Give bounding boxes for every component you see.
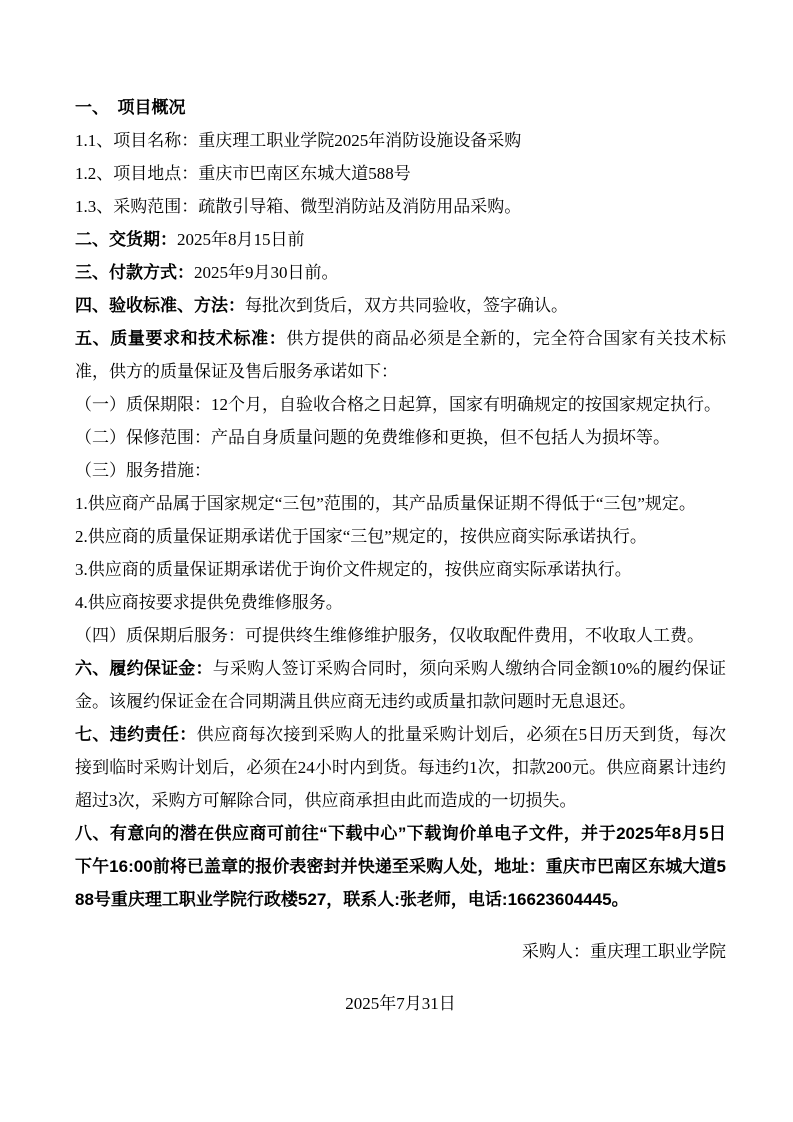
document-date: 2025年7月31日: [75, 987, 726, 1020]
section-6-performance-bond: 六、履约保证金：与采购人签订采购合同时，须向采购人缴纳合同金额10%的履约保证金…: [75, 652, 726, 718]
service-measure-2: 2.供应商的质量保证期承诺优于国家“三包”规定的，按供应商实际承诺执行。: [75, 520, 726, 553]
item-1-1-project-name: 1.1、项目名称：重庆理工职业学院2025年消防设施设备采购: [75, 124, 726, 157]
clause-warranty-scope: （二）保修范围：产品自身质量问题的免费维修和更换，但不包括人为损坏等。: [75, 421, 726, 454]
section-3-payment-method: 三、付款方式：2025年9月30日前。: [75, 256, 726, 289]
service-measure-1: 1.供应商产品属于国家规定“三包”范围的，其产品质量保证期不得低于“三包”规定。: [75, 487, 726, 520]
item-1-3-procurement-scope: 1.3、采购范围：疏散引导箱、微型消防站及消防用品采购。: [75, 190, 726, 223]
clause-service-measures: （三）服务措施：: [75, 454, 726, 487]
section-4-acceptance-standard: 四、验收标准、方法：每批次到货后，双方共同验收，签字确认。: [75, 289, 726, 322]
section-1-heading: 一、 项目概况: [75, 91, 726, 124]
purchaser-signature: 采购人：重庆理工职业学院: [75, 935, 726, 968]
section-8-submission-instructions: 八、有意向的潜在供应商可前往“下载中心”下载询价单电子文件，并于2025年8月5…: [75, 817, 726, 916]
document-page: 一、 项目概况 1.1、项目名称：重庆理工职业学院2025年消防设施设备采购 1…: [0, 0, 793, 1122]
clause-warranty-period: （一）质保期限：12个月，自验收合格之日起算，国家有明确规定的按国家规定执行。: [75, 388, 726, 421]
item-1-2-project-location: 1.2、项目地点：重庆市巴南区东城大道588号: [75, 157, 726, 190]
service-measure-4: 4.供应商按要求提供免费维修服务。: [75, 586, 726, 619]
section-2-delivery-date: 二、交货期：2025年8月15日前: [75, 223, 726, 256]
service-measure-3: 3.供应商的质量保证期承诺优于询价文件规定的，按供应商实际承诺执行。: [75, 553, 726, 586]
section-5-quality-requirements: 五、质量要求和技术标准：供方提供的商品必须是全新的，完全符合国家有关技术标准，供…: [75, 322, 726, 388]
section-7-breach-liability: 七、违约责任：供应商每次接到采购人的批量采购计划后，必须在5日历天到货，每次接到…: [75, 718, 726, 817]
section-1-heading-label: 一、 项目概况: [75, 98, 186, 117]
clause-post-warranty-service: （四）质保期后服务：可提供终生维修维护服务，仅收取配件费用，不收取人工费。: [75, 619, 726, 652]
